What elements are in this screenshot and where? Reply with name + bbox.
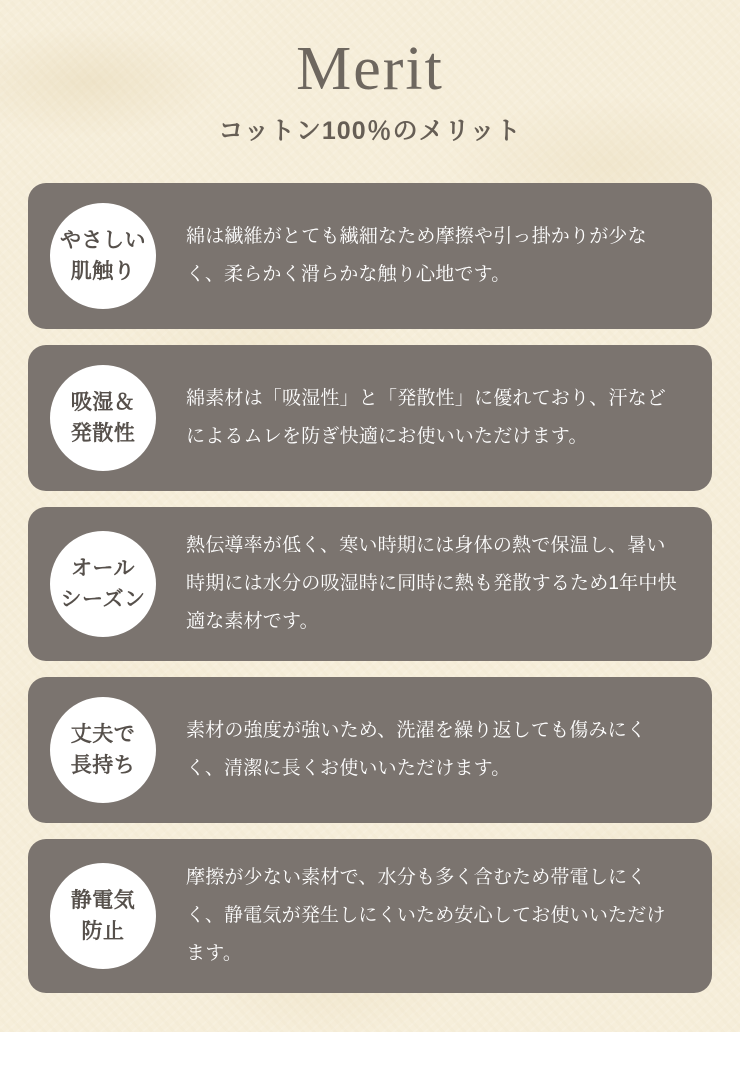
merit-badge-soft-touch: やさしい 肌触り: [50, 203, 156, 309]
merit-badge-moisture-breathability: 吸湿＆ 発散性: [50, 365, 156, 471]
merit-card-description: 摩擦が少ない素材で、水分も多く含むため帯電しにくく、静電気が発生しにくいため安心…: [186, 859, 680, 973]
merit-card-soft-touch: やさしい 肌触り 綿は繊維がとても繊細なため摩擦や引っ掛かりが少なく、柔らかく滑…: [28, 183, 712, 329]
merit-badge-label: オール シーズン: [61, 553, 146, 615]
page-title: Merit: [0, 34, 740, 105]
paper-background: Merit コットン100％のメリット やさしい 肌触り 綿は繊維がとても繊細な…: [0, 0, 740, 1032]
merit-card-all-season: オール シーズン 熱伝導率が低く、寒い時期には身体の熱で保温し、暑い時期には水分…: [28, 507, 712, 661]
merit-list: やさしい 肌触り 綿は繊維がとても繊細なため摩擦や引っ掛かりが少なく、柔らかく滑…: [28, 183, 712, 993]
merit-badge-durable-longlasting: 丈夫で 長持ち: [50, 697, 156, 803]
merit-badge-label: やさしい 肌触り: [60, 225, 146, 287]
merit-badge-all-season: オール シーズン: [50, 531, 156, 637]
merit-card-moisture-breathability: 吸湿＆ 発散性 綿素材は「吸湿性」と「発散性」に優れており、汗などによるムレを防…: [28, 345, 712, 491]
merit-card-anti-static: 静電気 防止 摩擦が少ない素材で、水分も多く含むため帯電しにくく、静電気が発生し…: [28, 839, 712, 993]
merit-badge-label: 静電気 防止: [71, 885, 136, 947]
merit-card-description: 綿は繊維がとても繊細なため摩擦や引っ掛かりが少なく、柔らかく滑らかな触り心地です…: [186, 218, 680, 294]
merit-badge-label: 丈夫で 長持ち: [71, 719, 136, 781]
merit-card-durable-longlasting: 丈夫で 長持ち 素材の強度が強いため、洗濯を繰り返しても傷みにくく、清潔に長くお…: [28, 677, 712, 823]
merit-card-description: 熱伝導率が低く、寒い時期には身体の熱で保温し、暑い時期には水分の吸湿時に同時に熱…: [186, 527, 680, 641]
merit-badge-label: 吸湿＆ 発散性: [71, 387, 136, 449]
merit-card-description: 素材の強度が強いため、洗濯を繰り返しても傷みにくく、清潔に長くお使いいただけます…: [186, 712, 680, 788]
header: Merit コットン100％のメリット: [0, 0, 740, 147]
merit-badge-anti-static: 静電気 防止: [50, 863, 156, 969]
merit-card-description: 綿素材は「吸湿性」と「発散性」に優れており、汗などによるムレを防ぎ快適にお使いい…: [186, 380, 680, 456]
page-subtitle: コットン100％のメリット: [0, 111, 740, 147]
page: Merit コットン100％のメリット やさしい 肌触り 綿は繊維がとても繊細な…: [0, 0, 740, 1083]
